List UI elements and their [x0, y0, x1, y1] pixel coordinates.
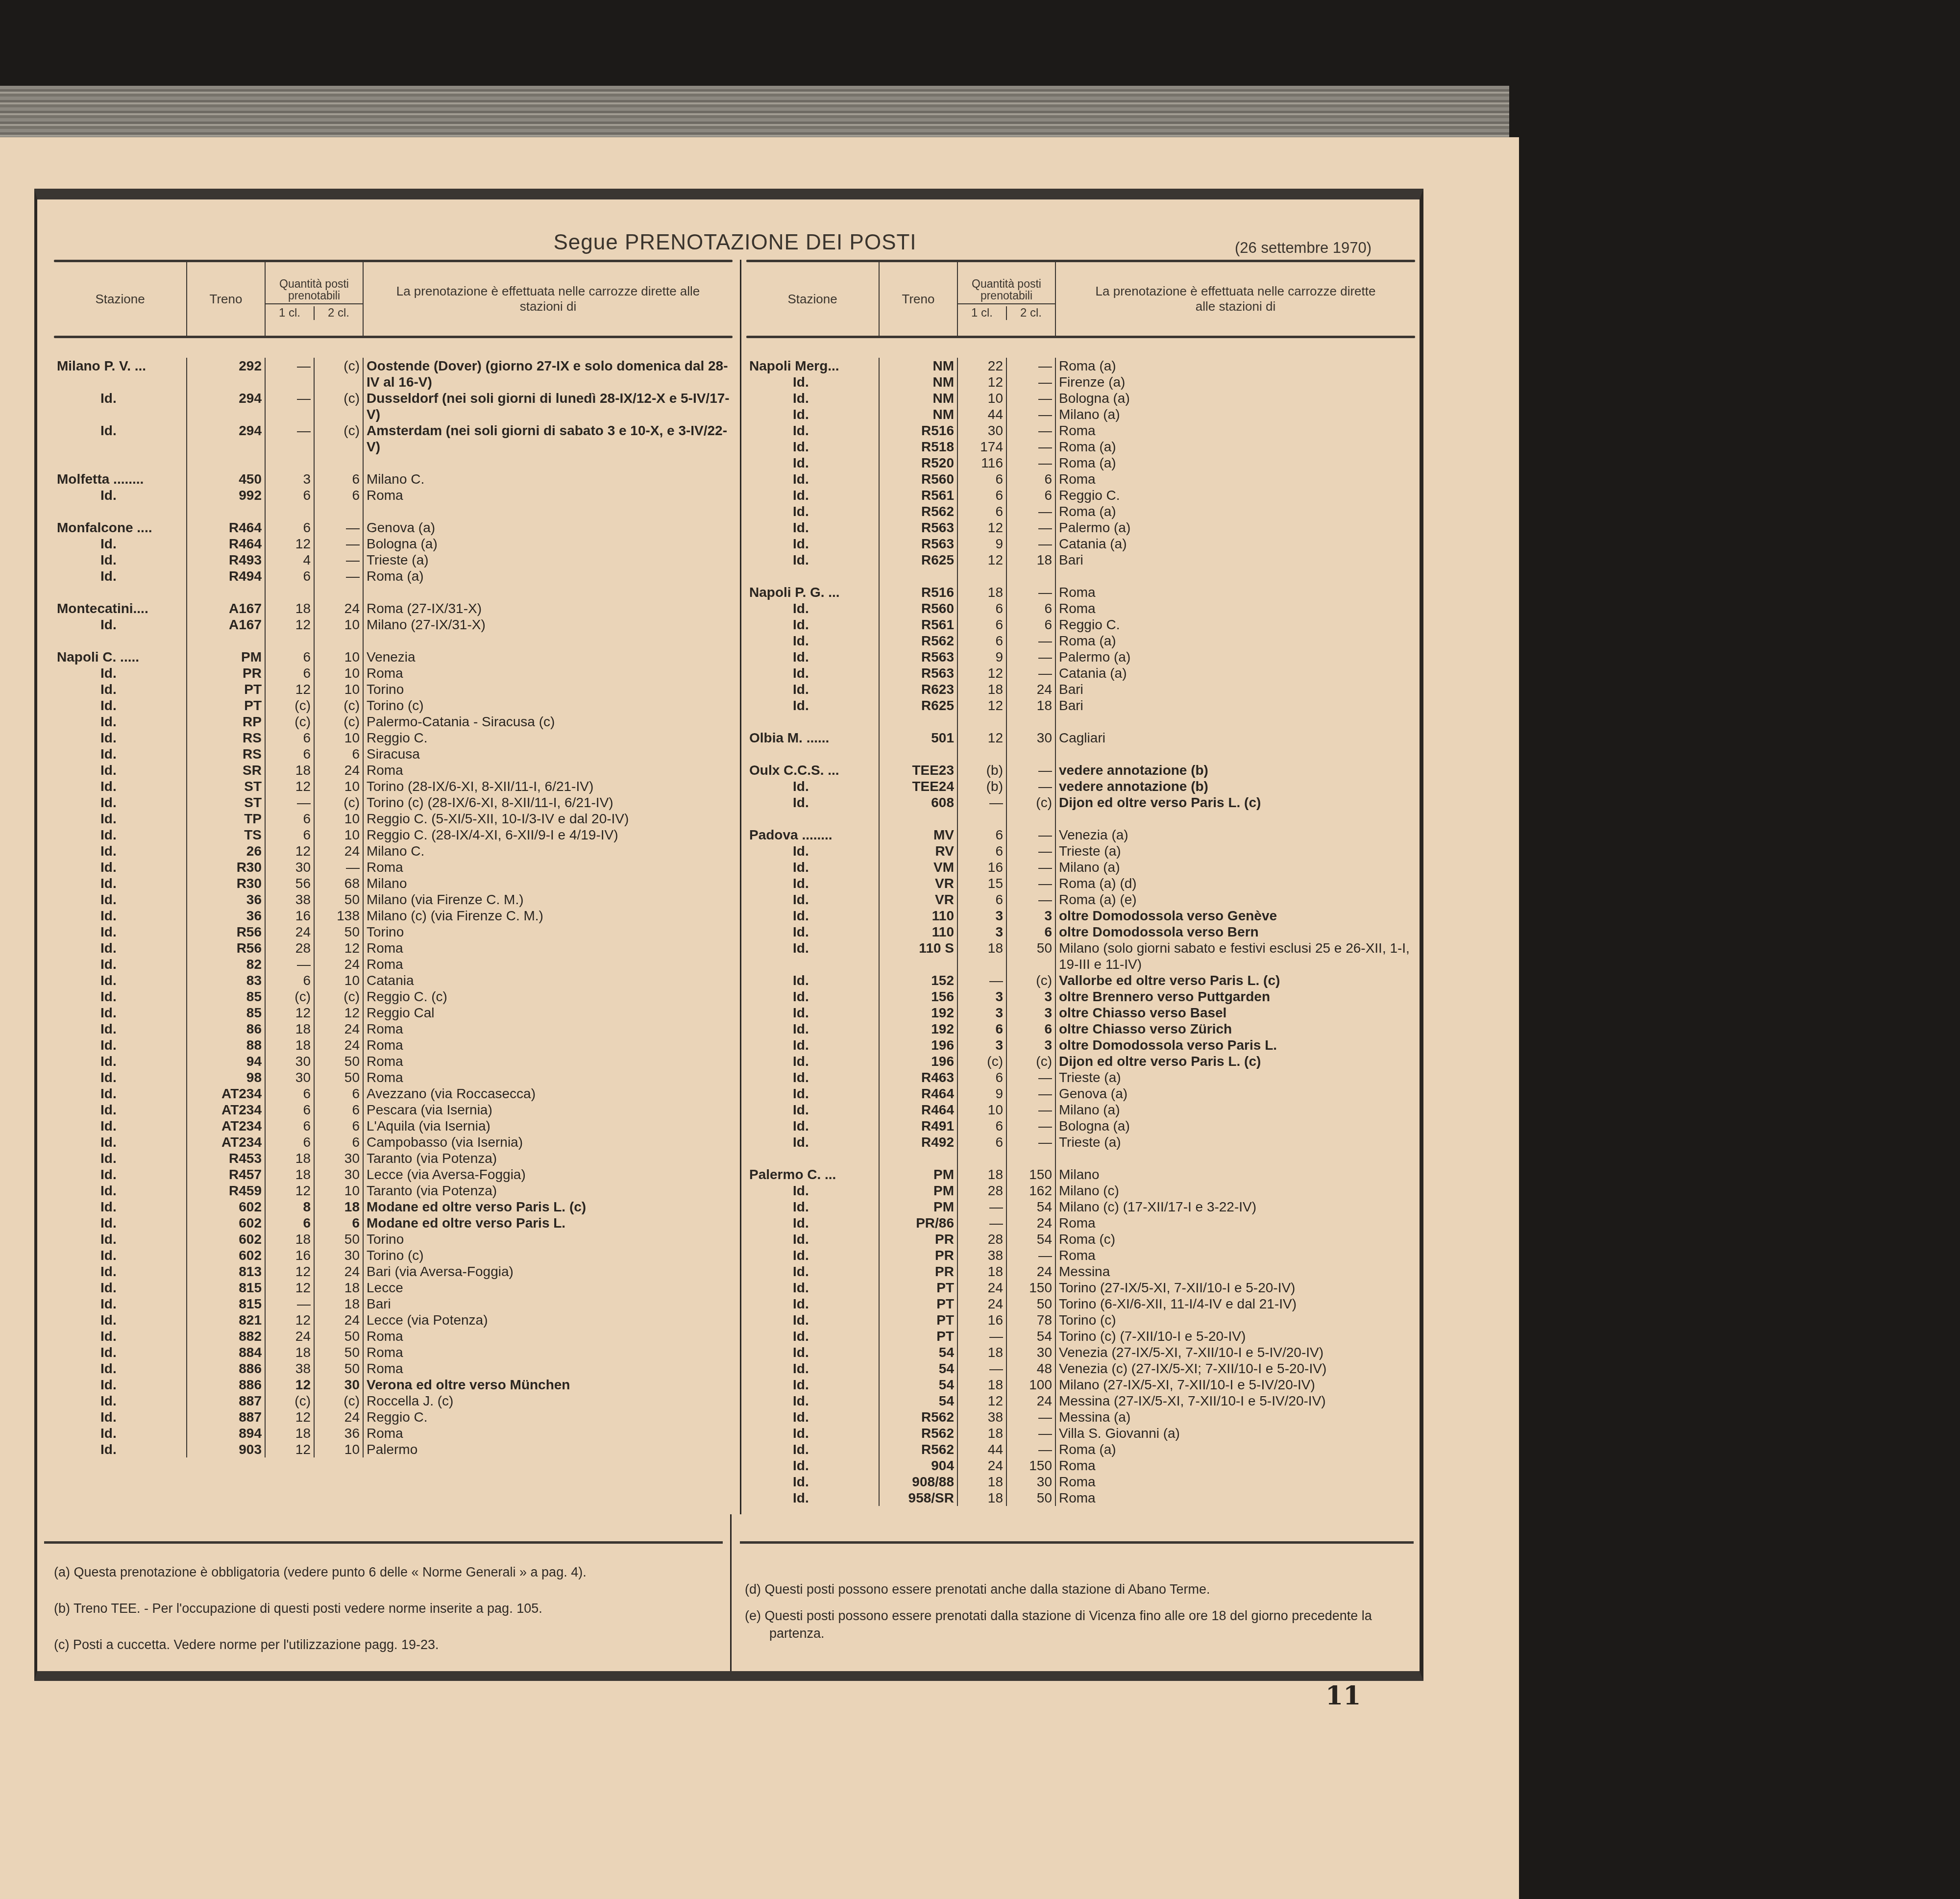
train-cell: TP [186, 811, 265, 827]
table-row: Id.R4946—Roma (a) [54, 568, 733, 584]
train-cell: R562 [879, 1441, 957, 1457]
first-class-seats: 3 [957, 1005, 1006, 1021]
second-class-seats: 6 [314, 471, 363, 487]
destination-cell: oltre Domodossola verso Genève [1055, 908, 1415, 924]
station-cell: Napoli P. G. ... [746, 584, 879, 600]
destination-cell: Reggio Cal [363, 1005, 733, 1021]
train-cell: ST [186, 794, 265, 811]
first-class-seats: 3 [957, 908, 1006, 924]
destination-cell: Torino [363, 1231, 733, 1247]
first-class-seats: — [265, 1296, 314, 1312]
first-class-seats: — [957, 1199, 1006, 1215]
table-row: Id.R6251218Bari [746, 552, 1415, 568]
second-class-seats: 3 [1006, 988, 1055, 1005]
first-class-seats: 12 [957, 1393, 1006, 1409]
station-cell: Id. [54, 617, 186, 633]
destination-cell: Venezia (a) [1055, 827, 1415, 843]
train-cell: PR [879, 1247, 957, 1263]
station-cell: Id. [746, 1263, 879, 1280]
table-row: Id.8211224Lecce (via Potenza) [54, 1312, 733, 1328]
destination-cell: Palermo (a) [1055, 519, 1415, 536]
train-cell: TS [186, 827, 265, 843]
station-cell: Id. [746, 794, 879, 811]
footnote-b: (b) Treno TEE. - Per l'occupazione di qu… [54, 1595, 730, 1622]
station-cell: Id. [54, 1215, 186, 1231]
train-cell: 602 [186, 1215, 265, 1231]
second-class-seats: 3 [1006, 1005, 1055, 1021]
table-row: Id.PT1210Torino [54, 681, 733, 697]
col-header-stazione: Stazione [746, 262, 879, 336]
table-row: Id.602818Modane ed oltre verso Paris L. … [54, 1199, 733, 1215]
station-cell: Id. [746, 1457, 879, 1474]
second-class-seats: — [1006, 891, 1055, 908]
station-cell: Id. [746, 552, 879, 568]
second-class-seats: 68 [314, 875, 363, 891]
train-cell: 98 [186, 1069, 265, 1085]
table-row: Id.54—48Venezia (c) (27-IX/5-XI; 7-XII/1… [746, 1360, 1415, 1377]
footnote-a: (a) Questa prenotazione è obbligatoria (… [54, 1558, 730, 1586]
train-cell: R625 [879, 552, 957, 568]
station-cell: Id. [54, 794, 186, 811]
first-class-seats: 4 [265, 552, 314, 568]
table-row: Palermo C. ...PM18150Milano [746, 1166, 1415, 1183]
first-class-seats: — [265, 422, 314, 455]
group-spacer [746, 568, 1415, 584]
first-class-seats: — [957, 972, 1006, 988]
table-row: Id.RP(c)(c)Palermo-Catania - Siracusa (c… [54, 714, 733, 730]
second-class-seats: 10 [314, 1441, 363, 1457]
col-header-destinazione: La prenotazione è effettuata nelle carro… [1055, 262, 1415, 336]
first-class-seats: 10 [957, 390, 1006, 406]
first-class-seats: 174 [957, 439, 1006, 455]
station-cell: Napoli C. ..... [54, 649, 186, 665]
station-cell: Id. [746, 924, 879, 940]
destination-cell: Milano (a) [1055, 1102, 1415, 1118]
station-cell: Id. [54, 1344, 186, 1360]
second-class-seats: 10 [314, 972, 363, 988]
first-class-seats: 6 [957, 1021, 1006, 1037]
second-class-seats: 50 [314, 891, 363, 908]
destination-cell: Modane ed oltre verso Paris L. (c) [363, 1199, 733, 1215]
train-cell: 886 [186, 1377, 265, 1393]
first-class-seats: 12 [265, 1409, 314, 1425]
destination-cell: oltre Brennero verso Puttgarden [1055, 988, 1415, 1005]
first-class-seats: 6 [265, 487, 314, 503]
table-row: Montecatini....A1671824Roma (27-IX/31-X) [54, 600, 733, 617]
station-cell: Id. [746, 1247, 879, 1263]
train-cell: AT234 [186, 1118, 265, 1134]
station-cell: Napoli Merg... [746, 358, 879, 374]
station-cell: Id. [746, 1102, 879, 1118]
col-header-treno: Treno [879, 262, 957, 336]
destination-cell: Roma [363, 940, 733, 956]
first-class-seats: 18 [265, 1150, 314, 1166]
first-class-seats: 28 [265, 940, 314, 956]
station-cell: Id. [54, 697, 186, 714]
destination-cell: Vallorbe ed oltre verso Paris L. (c) [1055, 972, 1415, 988]
destination-cell: Roma (a) [1055, 633, 1415, 649]
second-class-seats: 30 [1006, 1474, 1055, 1490]
table-row: Id.363850Milano (via Firenze C. M.) [54, 891, 733, 908]
table-row: Id.11036oltre Domodossola verso Bern [746, 924, 1415, 940]
station-cell: Id. [54, 811, 186, 827]
second-class-seats: — [1006, 584, 1055, 600]
destination-cell: Bologna (a) [363, 536, 733, 552]
train-cell: R562 [879, 503, 957, 519]
station-cell: Id. [54, 665, 186, 681]
first-class-seats: 56 [265, 875, 314, 891]
station-cell: Id. [54, 1247, 186, 1263]
table-row: Id.82—24Roma [54, 956, 733, 972]
destination-cell: Messina [1055, 1263, 1415, 1280]
table-header: Stazione Treno Quantità posti prenotabil… [746, 262, 1415, 336]
table-row: Id.608—(c)Dijon ed oltre verso Paris L. … [746, 794, 1415, 811]
train-cell: 815 [186, 1280, 265, 1296]
first-class-seats: 18 [265, 762, 314, 778]
footnote-rule-left [44, 1541, 723, 1544]
destination-cell: Messina (a) [1055, 1409, 1415, 1425]
destination-cell: Roma [363, 487, 733, 503]
train-cell: 958/SR [879, 1490, 957, 1506]
second-class-seats: — [1006, 358, 1055, 374]
destination-cell: Verona ed oltre verso München [363, 1377, 733, 1393]
second-class-seats: — [1006, 1102, 1055, 1118]
station-cell: Montecatini.... [54, 600, 186, 617]
first-class-seats: 24 [265, 924, 314, 940]
destination-cell: Milano (c) (via Firenze C. M.) [363, 908, 733, 924]
first-class-seats: — [957, 1360, 1006, 1377]
first-class-seats: — [957, 794, 1006, 811]
second-class-seats: 30 [314, 1247, 363, 1263]
table-row: Id.8822450Roma [54, 1328, 733, 1344]
first-class-seats: 44 [957, 406, 1006, 422]
second-class-seats: 150 [1006, 1280, 1055, 1296]
second-class-seats: — [314, 859, 363, 875]
table-row: Id.8151218Lecce [54, 1280, 733, 1296]
second-class-seats: — [1006, 1085, 1055, 1102]
train-cell: R464 [879, 1102, 957, 1118]
destination-cell: Reggio C. (c) [363, 988, 733, 1005]
first-class-seats: 6 [265, 730, 314, 746]
first-class-seats: (c) [265, 714, 314, 730]
destination-cell: Torino (c) [363, 697, 733, 714]
table-row: Id.90424150Roma [746, 1457, 1415, 1474]
table-row: Id.PM—54Milano (c) (17-XII/17-I e 3-22-I… [746, 1199, 1415, 1215]
first-class-seats: 6 [957, 600, 1006, 617]
station-cell: Id. [54, 1069, 186, 1085]
second-class-seats: — [1006, 439, 1055, 455]
table-row: Id.R3030—Roma [54, 859, 733, 875]
col-header-quantita: Quantità posti prenotabili 1 cl. 2 cl. [957, 262, 1055, 336]
table-row: Napoli C. .....PM610Venezia [54, 649, 733, 665]
first-class-seats: 18 [265, 1166, 314, 1183]
table-row: Id.943050Roma [54, 1053, 733, 1069]
second-class-seats: — [1006, 1118, 1055, 1134]
train-cell: VR [879, 891, 957, 908]
train-cell: R464 [879, 1085, 957, 1102]
first-class-seats: 6 [957, 487, 1006, 503]
first-class-seats: 18 [265, 1425, 314, 1441]
table-row: Id.R520116—Roma (a) [746, 455, 1415, 471]
destination-cell: Taranto (via Potenza) [363, 1150, 733, 1166]
train-cell: 501 [879, 730, 957, 746]
first-class-seats: 12 [265, 1312, 314, 1328]
train-cell: AT234 [186, 1134, 265, 1150]
destination-cell: Dijon ed oltre verso Paris L. (c) [1055, 1053, 1415, 1069]
station-cell: Id. [746, 422, 879, 439]
table-row: Id.NM44—Milano (a) [746, 406, 1415, 422]
destination-cell: Trieste (a) [1055, 1069, 1415, 1085]
table-row: Id.6021630Torino (c) [54, 1247, 733, 1263]
second-class-seats: 6 [314, 746, 363, 762]
station-cell: Id. [54, 859, 186, 875]
table-row: Id.R56166Reggio C. [746, 487, 1415, 503]
station-cell: Id. [54, 778, 186, 794]
table-row: Id.541830Venezia (27-IX/5-XI, 7-XII/10-I… [746, 1344, 1415, 1360]
destination-cell: oltre Chiasso verso Zürich [1055, 1021, 1415, 1037]
table-row: Id.NM10—Bologna (a) [746, 390, 1415, 406]
first-class-seats: 12 [265, 1263, 314, 1280]
second-class-seats: 3 [1006, 1037, 1055, 1053]
destination-cell: Roma [363, 1328, 733, 1344]
train-cell: 156 [879, 988, 957, 1005]
destination-cell: Roma (27-IX/31-X) [363, 600, 733, 617]
destination-cell: Torino (27-IX/5-XI, 7-XII/10-I e 5-20-IV… [1055, 1280, 1415, 1296]
first-class-seats: 12 [265, 843, 314, 859]
second-class-seats: 6 [314, 1102, 363, 1118]
first-class-seats: 16 [957, 859, 1006, 875]
second-class-seats: 50 [314, 924, 363, 940]
table-row: Id.R305668Milano [54, 875, 733, 891]
first-class-seats: 18 [957, 681, 1006, 697]
second-class-seats: (c) [1006, 1053, 1055, 1069]
train-cell: A167 [186, 617, 265, 633]
second-class-seats: 150 [1006, 1166, 1055, 1183]
train-cell: NM [879, 406, 957, 422]
train-cell: 821 [186, 1312, 265, 1328]
table-row: Id.PM28162Milano (c) [746, 1183, 1415, 1199]
second-class-seats: — [1006, 406, 1055, 422]
destination-cell: Roma (a) (e) [1055, 891, 1415, 908]
table-row: Id.AT23466Avezzano (via Roccasecca) [54, 1085, 733, 1102]
station-cell: Id. [746, 1474, 879, 1490]
col-header-stazione: Stazione [54, 262, 186, 336]
second-class-seats: (c) [314, 697, 363, 714]
station-cell: Milano P. V. ... [54, 358, 186, 390]
first-class-seats: 6 [957, 843, 1006, 859]
second-class-seats: 50 [314, 1231, 363, 1247]
second-class-seats: — [1006, 536, 1055, 552]
train-cell: 110 [879, 924, 957, 940]
col-header-1cl: 1 cl. [958, 306, 1007, 320]
first-class-seats: 3 [957, 988, 1006, 1005]
left-table-body: Milano P. V. ...292—(c)Oostende (Dover) … [54, 338, 733, 1457]
station-cell: Id. [746, 406, 879, 422]
first-class-seats: 6 [957, 1069, 1006, 1085]
second-class-seats: — [1006, 519, 1055, 536]
first-class-seats: 6 [265, 1085, 314, 1102]
destination-cell: Reggio C. [1055, 487, 1415, 503]
table-row: Id.5418100Milano (27-IX/5-XI, 7-XII/10-I… [746, 1377, 1415, 1393]
train-cell: 904 [879, 1457, 957, 1474]
second-class-seats: — [1006, 1069, 1055, 1085]
second-class-seats: 10 [314, 730, 363, 746]
second-class-seats: (c) [314, 1393, 363, 1409]
station-cell: Id. [54, 730, 186, 746]
second-class-seats: 24 [314, 843, 363, 859]
train-cell: PT [186, 681, 265, 697]
second-class-seats: — [1006, 455, 1055, 471]
second-class-seats: — [1006, 1425, 1055, 1441]
destination-cell: Venezia (27-IX/5-XI, 7-XII/10-I e 5-IV/2… [1055, 1344, 1415, 1360]
train-cell: 602 [186, 1199, 265, 1215]
train-cell: PR [879, 1231, 957, 1247]
station-cell: Id. [746, 988, 879, 1005]
second-class-seats: — [1006, 374, 1055, 390]
first-class-seats: (b) [957, 778, 1006, 794]
station-cell: Id. [54, 1005, 186, 1021]
first-class-seats: 12 [957, 697, 1006, 714]
table-row: Id.R56166Reggio C. [746, 617, 1415, 633]
page-number: 11 [1325, 1681, 1361, 1711]
destination-cell: Roma [363, 762, 733, 778]
train-cell: 450 [186, 471, 265, 487]
train-cell: 196 [879, 1053, 957, 1069]
second-class-seats: 54 [1006, 1231, 1055, 1247]
first-class-seats: 30 [265, 1053, 314, 1069]
destination-cell: Roccella J. (c) [363, 1393, 733, 1409]
table-row: Id.R56066Roma [746, 471, 1415, 487]
destination-cell: Lecce (via Aversa-Foggia) [363, 1166, 733, 1183]
first-class-seats: 3 [265, 471, 314, 487]
station-cell: Id. [54, 827, 186, 843]
table-row: Id.NM12—Firenze (a) [746, 374, 1415, 390]
table-row: Id.R4649—Genova (a) [746, 1085, 1415, 1102]
destination-cell: Catania [363, 972, 733, 988]
second-class-seats: — [1006, 649, 1055, 665]
destination-cell: Bari [1055, 697, 1415, 714]
destination-cell: Roma [363, 1360, 733, 1377]
table-row: Id.11033oltre Domodossola verso Genève [746, 908, 1415, 924]
destination-cell: Torino (c) [1055, 1312, 1415, 1328]
train-cell: PT [879, 1312, 957, 1328]
first-class-seats: 44 [957, 1441, 1006, 1457]
first-class-seats: 6 [957, 471, 1006, 487]
train-cell: 608 [879, 794, 957, 811]
destination-cell: Roma (a) [1055, 358, 1415, 374]
station-cell: Id. [746, 1037, 879, 1053]
destination-cell: Roma [363, 1344, 733, 1360]
station-cell: Id. [746, 972, 879, 988]
destination-cell: Reggio C. (5-XI/5-XII, 10-I/3-IV e dal 2… [363, 811, 733, 827]
destination-cell: Bari [1055, 552, 1415, 568]
second-class-seats: 24 [314, 956, 363, 972]
station-cell: Id. [54, 972, 186, 988]
train-cell: R463 [879, 1069, 957, 1085]
first-class-seats: 12 [957, 552, 1006, 568]
table-row: Id.8841850Roma [54, 1344, 733, 1360]
second-class-seats: 54 [1006, 1328, 1055, 1344]
station-cell: Id. [54, 390, 186, 422]
destination-cell: Roma [363, 956, 733, 972]
train-cell: PT [186, 697, 265, 714]
destination-cell: Venezia (c) (27-IX/5-XI; 7-XII/10-I e 5-… [1055, 1360, 1415, 1377]
destination-cell: Torino (c) (7-XII/10-I e 5-20-IV) [1055, 1328, 1415, 1344]
train-cell: 110 [879, 908, 957, 924]
second-class-seats: 24 [1006, 681, 1055, 697]
destination-cell: Palermo (a) [1055, 649, 1415, 665]
first-class-seats: 38 [957, 1247, 1006, 1263]
table-row: Id.R4571830Lecce (via Aversa-Foggia) [54, 1166, 733, 1183]
train-cell: AT234 [186, 1102, 265, 1118]
station-cell: Id. [746, 1441, 879, 1457]
station-cell: Id. [746, 374, 879, 390]
station-cell: Id. [746, 1344, 879, 1360]
station-cell: Id. [54, 422, 186, 455]
train-cell: 884 [186, 1344, 265, 1360]
first-class-seats: 12 [957, 730, 1006, 746]
first-class-seats: 30 [265, 859, 314, 875]
second-class-seats: 6 [314, 1085, 363, 1102]
train-cell: 886 [186, 1360, 265, 1377]
train-cell: PT [879, 1296, 957, 1312]
second-class-seats: 6 [1006, 471, 1055, 487]
first-class-seats: 3 [957, 1037, 1006, 1053]
train-cell: 813 [186, 1263, 265, 1280]
train-cell: 86 [186, 1021, 265, 1037]
station-cell: Id. [746, 1069, 879, 1085]
second-class-seats: 6 [314, 1118, 363, 1134]
second-class-seats: 18 [1006, 552, 1055, 568]
second-class-seats: — [1006, 1134, 1055, 1150]
destination-cell: oltre Domodossola verso Paris L. [1055, 1037, 1415, 1053]
first-class-seats: 18 [265, 1021, 314, 1037]
second-class-seats: 6 [314, 487, 363, 503]
station-cell: Id. [54, 956, 186, 972]
train-cell: R464 [186, 536, 265, 552]
train-cell: TEE23 [879, 762, 957, 778]
footnote-c: (c) Posti a cuccetta. Vedere norme per l… [54, 1631, 730, 1658]
first-class-seats: 12 [265, 778, 314, 794]
destination-cell: Modane ed oltre verso Paris L. [363, 1215, 733, 1231]
second-class-seats: (c) [314, 390, 363, 422]
table-row: Id.19266oltre Chiasso verso Zürich [746, 1021, 1415, 1037]
train-cell: PR [186, 665, 265, 681]
table-row: Molfetta ........45036Milano C. [54, 471, 733, 487]
destination-cell: Roma (a) [1055, 1441, 1415, 1457]
station-cell: Id. [746, 1312, 879, 1328]
destination-cell: Roma [363, 1425, 733, 1441]
train-cell: RS [186, 746, 265, 762]
table-row: Milano P. V. ...292—(c)Oostende (Dover) … [54, 358, 733, 390]
train-cell: RV [879, 843, 957, 859]
train-cell: R516 [879, 584, 957, 600]
second-class-seats: 30 [314, 1166, 363, 1183]
train-cell: 83 [186, 972, 265, 988]
table-row: Id.983050Roma [54, 1069, 733, 1085]
table-row: Id.R56066Roma [746, 600, 1415, 617]
table-row: Id.152—(c)Vallorbe ed oltre verso Paris … [746, 972, 1415, 988]
train-cell: R561 [879, 617, 957, 633]
table-row: Id.VM16—Milano (a) [746, 859, 1415, 875]
table-row: Id.A1671210Milano (27-IX/31-X) [54, 617, 733, 633]
table-row: Id.19633oltre Domodossola verso Paris L. [746, 1037, 1415, 1053]
first-class-seats: (c) [265, 697, 314, 714]
destination-cell: Genova (a) [1055, 1085, 1415, 1102]
destination-cell: Milano [1055, 1166, 1415, 1183]
table-row: Id.541224Messina (27-IX/5-XI, 7-XII/10-I… [746, 1393, 1415, 1409]
station-cell: Id. [54, 908, 186, 924]
